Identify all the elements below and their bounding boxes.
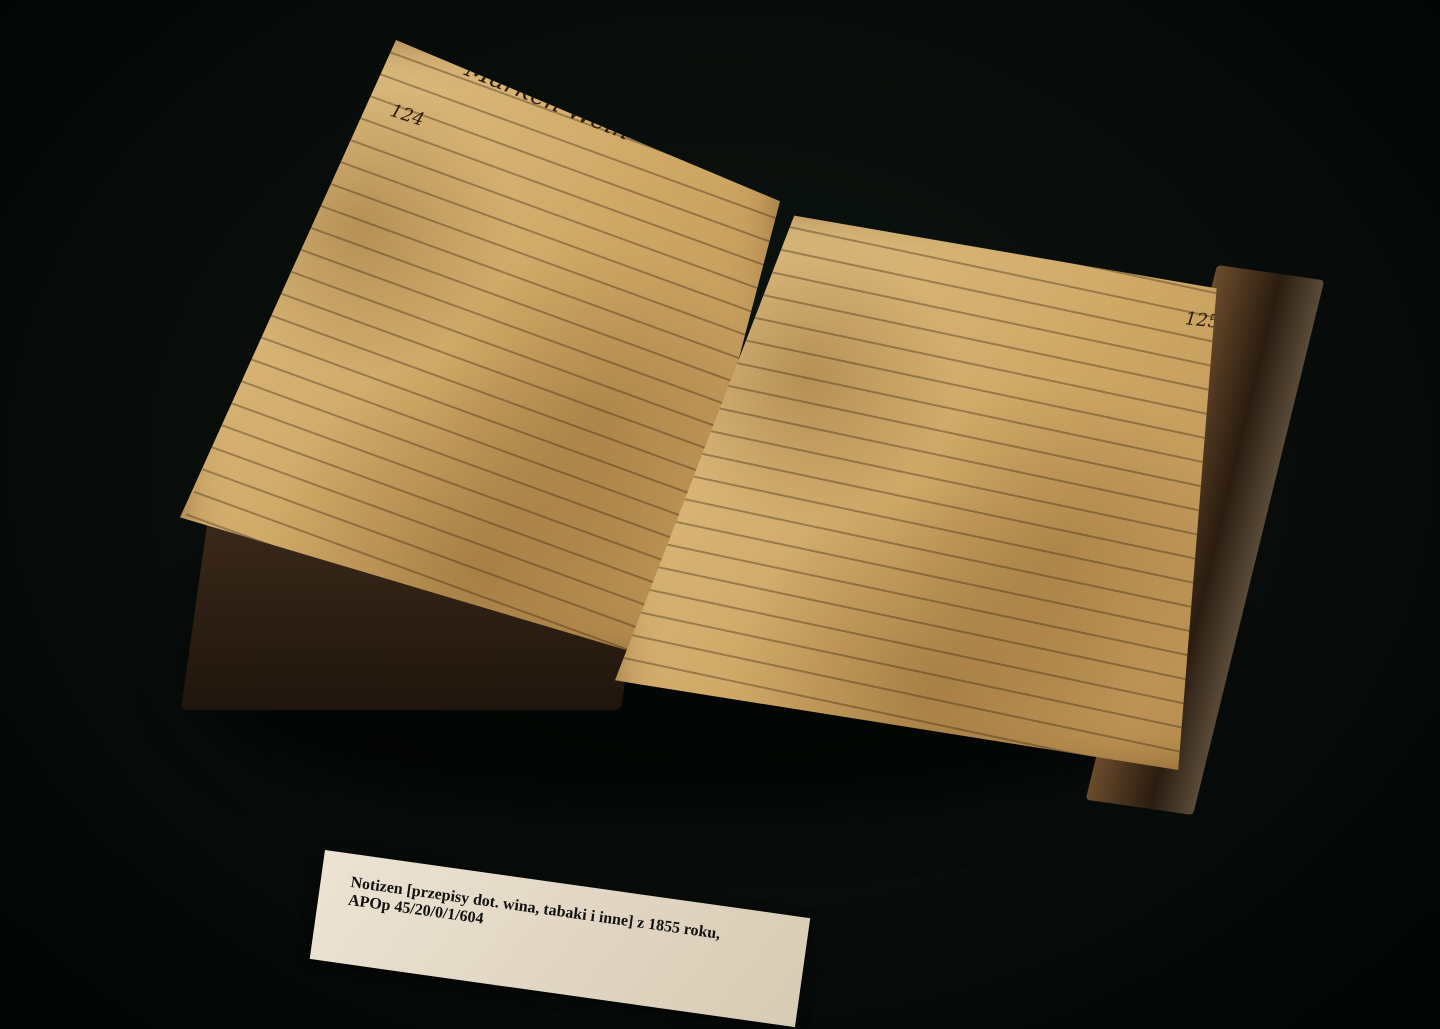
display-scene: 124 Marken Wein 125 Notizen [przepisy do… (0, 0, 1440, 1029)
exhibit-label: Notizen [przepisy dot. wina, tabaki i in… (310, 850, 811, 1027)
exhibit-label-text: Notizen [przepisy dot. wina, tabaki i in… (347, 874, 721, 962)
